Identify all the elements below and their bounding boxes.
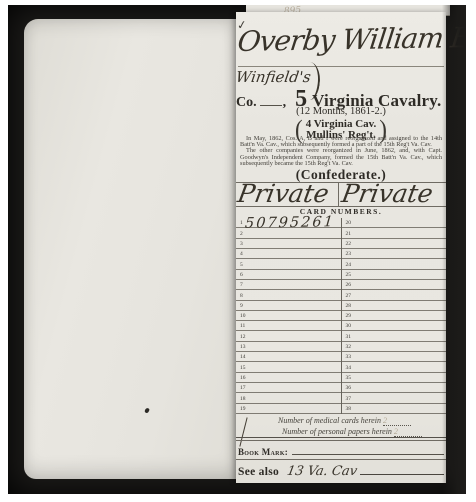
card-number-row: 13 <box>236 342 341 352</box>
card-number-column-left: 12345678910111213141516171819 <box>236 218 341 414</box>
company-name-written: Winfield's <box>235 68 312 86</box>
card-number-row-label: 32 <box>346 344 352 350</box>
scan-canvas: 895 ✓ Overby William E Winfield's Co. , … <box>0 0 476 502</box>
card-number-row: 35 <box>342 373 447 383</box>
book-mark-label: Book Mark: <box>238 447 288 457</box>
card-number-row: 5 <box>236 259 341 269</box>
card-number-row-label: 3 <box>240 241 243 247</box>
medical-cards-line: Number of medical cards herein2 <box>278 416 411 426</box>
card-number-row: 26 <box>342 280 447 290</box>
medical-cards-value: 2 <box>383 417 411 426</box>
card-number-row: 6 <box>236 270 341 280</box>
card-number-row: 19 <box>236 404 341 414</box>
card-number-row-label: 21 <box>346 231 352 237</box>
card-number-row: 7 <box>236 280 341 290</box>
card-number-row: 8 <box>236 290 341 300</box>
card-number-row: 27 <box>342 290 447 300</box>
card-number-row: 25 <box>342 270 447 280</box>
personal-papers-label: Number of personal papers herein <box>282 427 392 436</box>
see-also-rule <box>360 464 444 475</box>
card-number-row-label: 5 <box>240 262 243 268</box>
card-number-row-label: 7 <box>240 282 243 288</box>
rank-out: Private <box>339 179 435 208</box>
card-number-row-label: 36 <box>346 385 352 391</box>
personal-papers-line: Number of personal papers herein2 <box>282 427 422 437</box>
book-mark-row: Book Mark: <box>238 445 444 457</box>
card-number-row: 23 <box>342 249 447 259</box>
card-number-row-label: 17 <box>240 385 246 391</box>
footer-double-rule-top <box>236 437 446 438</box>
history-note-paragraph-2: The other companies were reorganized in … <box>240 148 442 167</box>
card-number-row: 14 <box>236 352 341 362</box>
card-number-row-label: 19 <box>240 406 246 412</box>
card-number-row-label: 4 <box>240 251 243 257</box>
card-number-row: 3 <box>236 239 341 249</box>
photo-frame: 895 ✓ Overby William E Winfield's Co. , … <box>8 5 466 494</box>
card-number-row: 12 <box>236 331 341 341</box>
page-speck <box>144 407 150 413</box>
card-number-row: 34 <box>342 362 447 372</box>
card-number-row-label: 10 <box>240 313 246 319</box>
footer-double-rule-bottom <box>236 440 446 441</box>
name-rule <box>238 66 444 67</box>
see-also-row: See also 13 Va. Cav <box>238 464 444 479</box>
card-number-row-label: 13 <box>240 344 246 350</box>
card-number-row: 33 <box>342 352 447 362</box>
card-number-row-label: 30 <box>346 323 352 329</box>
first-card-number: 50795261 <box>244 214 335 232</box>
card-number-row-label: 29 <box>346 313 352 319</box>
card-number-row-label: 11 <box>240 323 245 329</box>
book-mark-rule <box>292 445 444 455</box>
card-number-row-label: 31 <box>346 334 352 340</box>
personal-papers-value: 2 <box>394 428 422 437</box>
card-number-row-label: 15 <box>240 365 246 371</box>
card-number-row: 29 <box>342 311 447 321</box>
card-number-row-label: 34 <box>346 365 352 371</box>
gutter-shadow <box>442 5 466 494</box>
card-number-row: 17 <box>236 383 341 393</box>
card-number-row-label: 14 <box>240 354 246 360</box>
card-number-column-right: 20212223242526272829303132333435363738 <box>341 218 447 414</box>
card-number-row: 21 <box>342 228 447 238</box>
left-page <box>24 19 236 479</box>
card-number-row-label: 8 <box>240 293 243 299</box>
card-number-row-label: 12 <box>240 334 246 340</box>
card-number-row: 28 <box>342 301 447 311</box>
card-number-row-label: 38 <box>346 406 352 412</box>
card-number-row-label: 26 <box>346 282 352 288</box>
card-number-row-label: 20 <box>346 220 352 226</box>
card-number-row-label: 9 <box>240 303 243 309</box>
medical-cards-label: Number of medical cards herein <box>278 416 381 425</box>
book-mark-bottom-rule <box>236 459 446 460</box>
card-number-row: 36 <box>342 383 447 393</box>
see-also-value: 13 Va. Cav <box>286 464 359 479</box>
card-number-row: 16 <box>236 373 341 383</box>
rank-divider <box>338 182 339 207</box>
card-number-row: 32 <box>342 342 447 352</box>
card-number-row-label: 1 <box>240 220 243 226</box>
card-number-row: 24 <box>342 259 447 269</box>
card-number-row: 10 <box>236 311 341 321</box>
card-number-row: 31 <box>342 331 447 341</box>
card-number-row-label: 27 <box>346 293 352 299</box>
card-number-row-label: 25 <box>346 272 352 278</box>
soldier-name: Overby William E <box>236 21 466 58</box>
rank-in: Private <box>235 179 331 208</box>
card-number-row-label: 2 <box>240 231 243 237</box>
card-number-row: 4 <box>236 249 341 259</box>
card-number-row: 15 <box>236 362 341 372</box>
card-number-row-label: 23 <box>346 251 352 257</box>
card-number-row: 9 <box>236 301 341 311</box>
card-number-row-label: 18 <box>240 396 246 402</box>
card-number-row-label: 37 <box>346 396 352 402</box>
record-card: ✓ Overby William E Winfield's Co. , 5 Vi… <box>236 12 446 483</box>
card-number-row: 38 <box>342 404 447 414</box>
card-number-row-label: 33 <box>346 354 352 360</box>
see-also-label: See also <box>238 466 279 478</box>
card-number-row: 11 <box>236 321 341 331</box>
card-number-row: 37 <box>342 393 447 403</box>
card-number-table: 12345678910111213141516171819 2021222324… <box>236 218 446 414</box>
card-number-row-label: 35 <box>346 375 352 381</box>
pen-slash <box>239 417 247 446</box>
card-number-row: 22 <box>342 239 447 249</box>
card-number-row-label: 24 <box>346 262 352 268</box>
card-number-row: 18 <box>236 393 341 403</box>
card-number-row: 30 <box>342 321 447 331</box>
card-number-row-label: 22 <box>346 241 352 247</box>
card-number-row-label: 16 <box>240 375 246 381</box>
card-number-row-label: 28 <box>346 303 352 309</box>
history-note: In May, 1862, Cos. A, B and I were reorg… <box>240 136 442 167</box>
card-number-row-label: 6 <box>240 272 243 278</box>
service-period: (12 Months, 1861-2.) <box>236 106 446 117</box>
card-number-row: 20 <box>342 218 447 228</box>
